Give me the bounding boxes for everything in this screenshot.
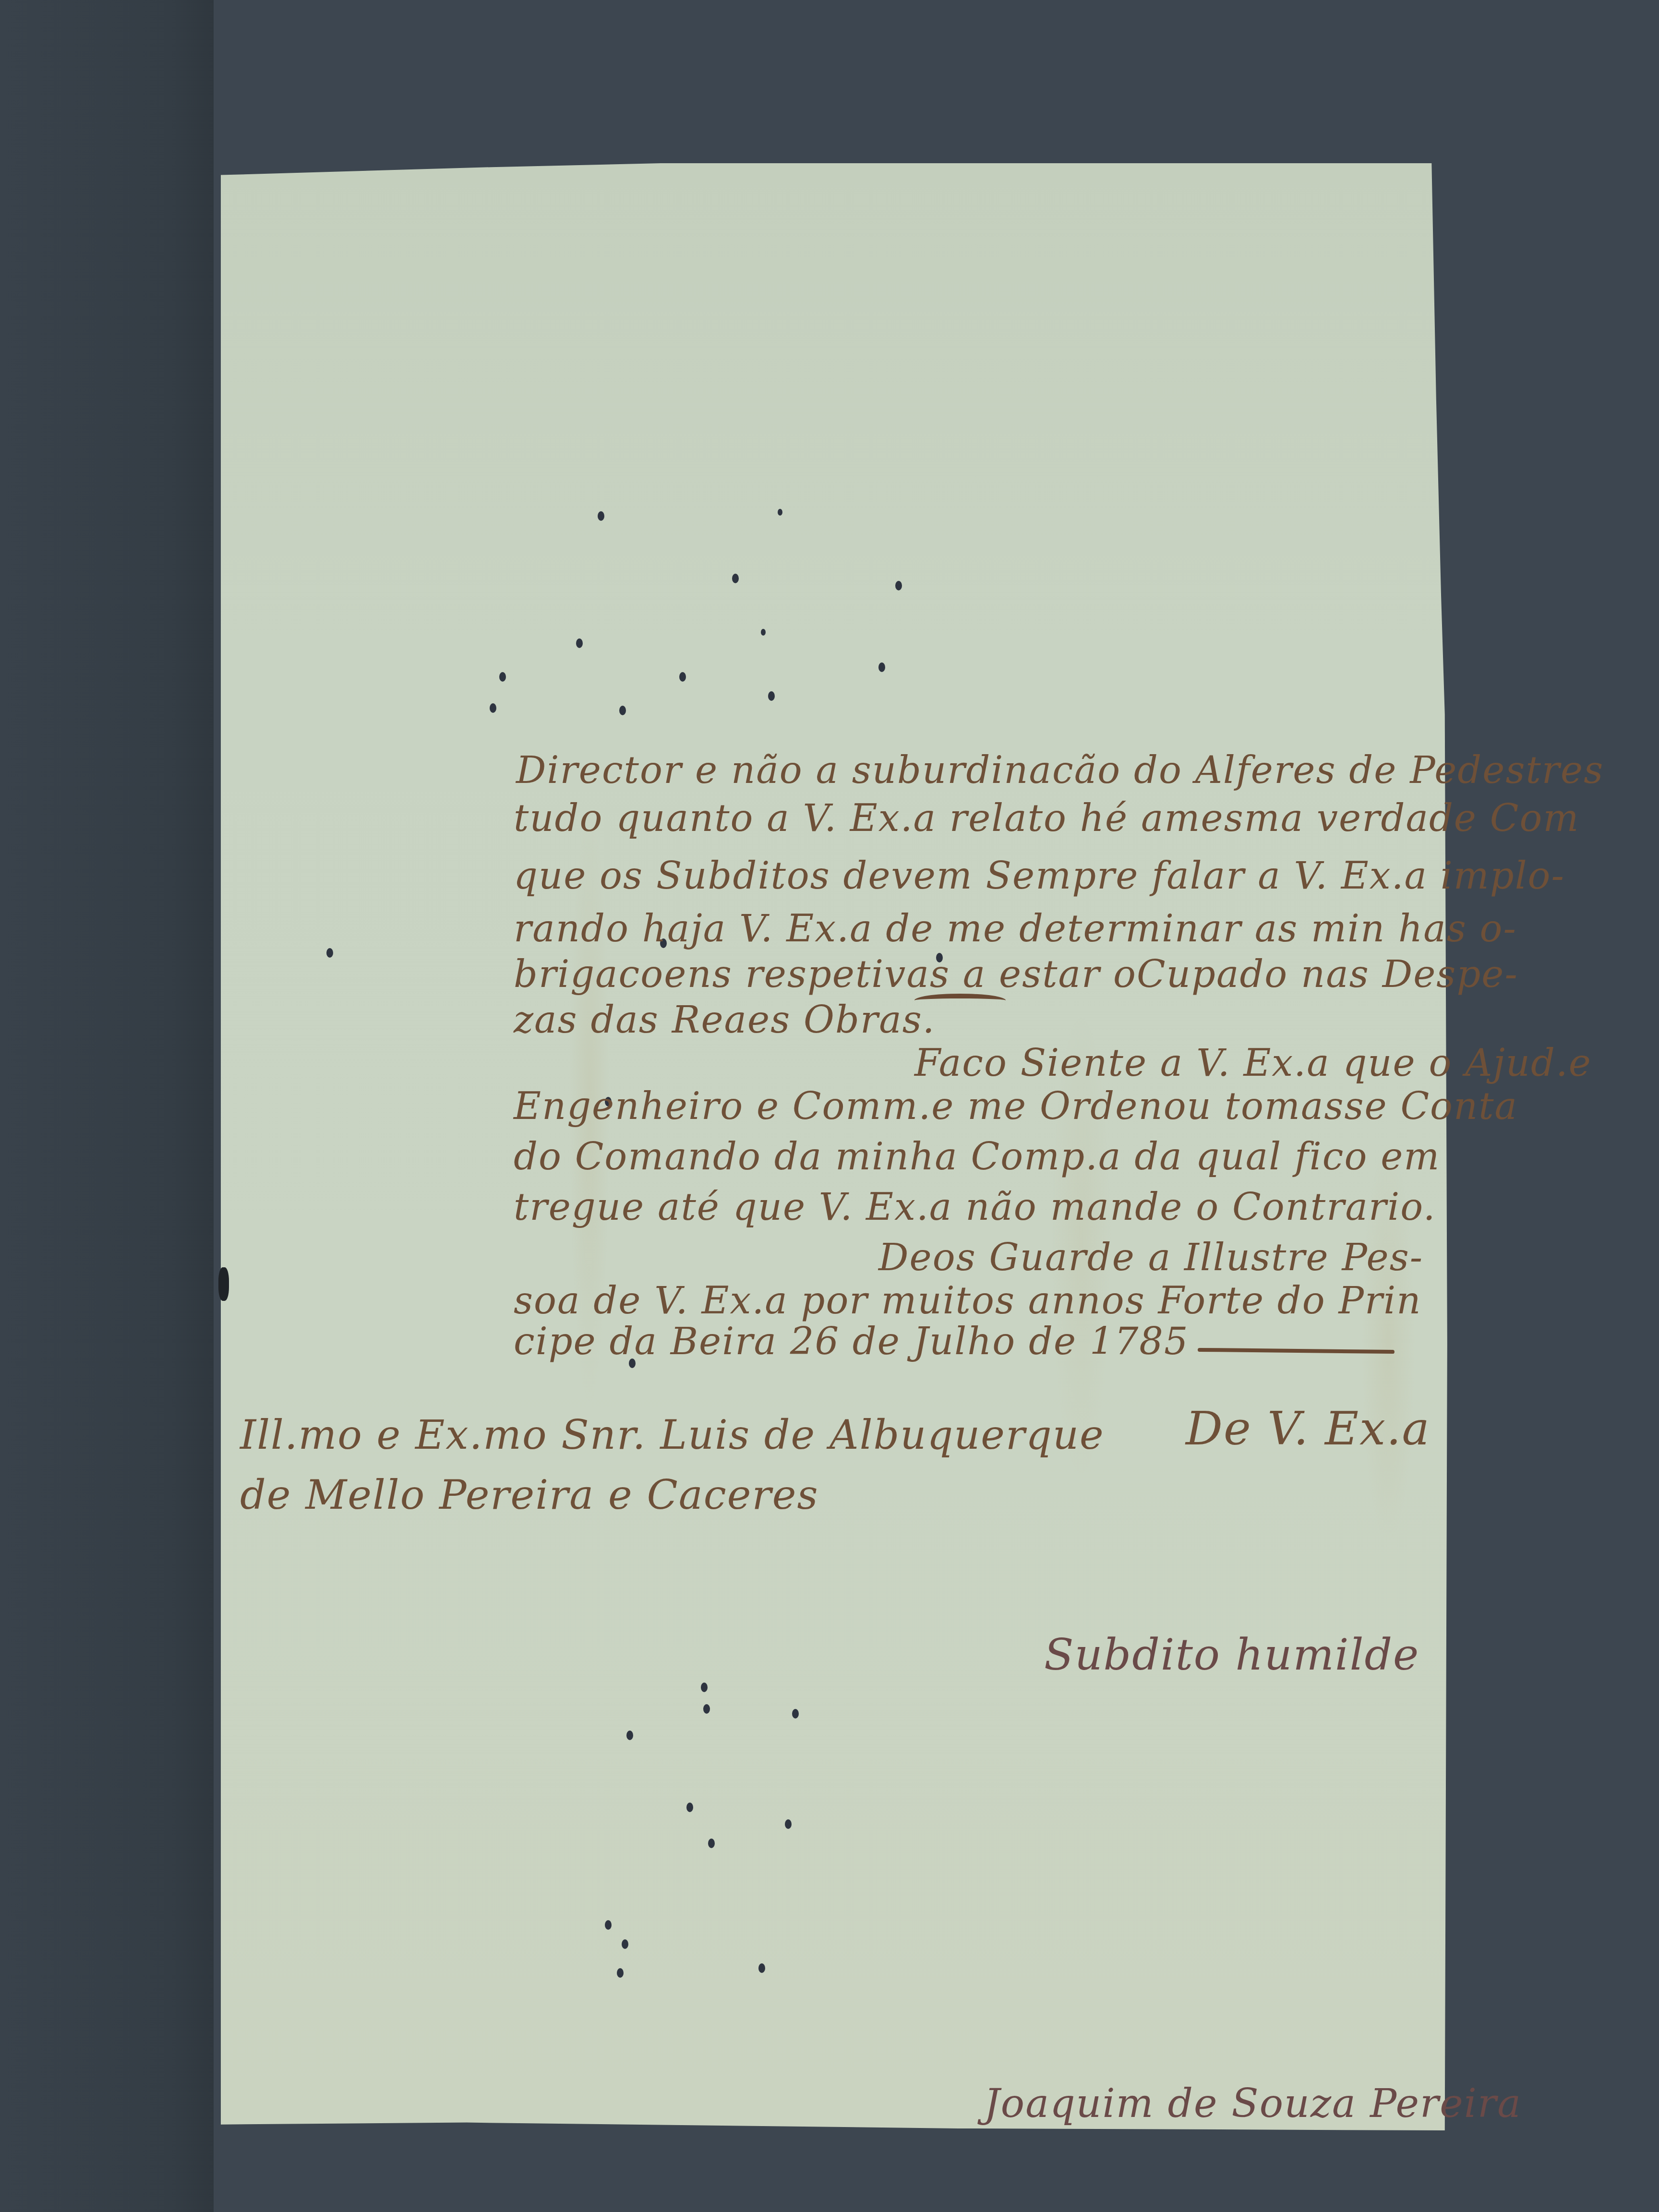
wormhole: [761, 629, 766, 636]
left-background-strip: [0, 0, 214, 2212]
wormhole: [778, 509, 782, 516]
subscription-subdito-humilde: Subdito humilde: [1044, 1630, 1419, 1680]
wormhole: [576, 638, 583, 648]
wormhole: [626, 1731, 633, 1740]
body-line-5: brigacoens respetivas a estar oCupado na…: [514, 953, 1518, 996]
flourish-stroke: [914, 994, 1006, 1007]
wormhole: [686, 1803, 693, 1812]
body-line-1: Director e não a suburdinacão do Alferes…: [516, 749, 1604, 792]
wormhole: [878, 662, 885, 672]
wormhole: [617, 1968, 624, 1978]
body-line-8: Engenheiro e Comm.e me Ordenou tomasse C…: [514, 1085, 1518, 1128]
wormhole: [758, 1963, 765, 1973]
body-line-13-dateline: cipe da Beira 26 de Julho de 1785: [514, 1320, 1189, 1363]
edge-damage-spot: [218, 1267, 229, 1301]
wormhole: [622, 1939, 628, 1949]
wormhole: [598, 511, 604, 521]
body-line-4: rando haja V. Ex.a de me determinar as m…: [514, 907, 1517, 950]
wormhole: [499, 672, 506, 682]
body-line-9: do Comando da minha Comp.a da qual fico …: [514, 1135, 1440, 1178]
wormhole: [605, 1920, 612, 1930]
closing-de-vossa-excelencia: De V. Ex.a: [1186, 1402, 1431, 1455]
body-line-3: que os Subditos devem Sempre falar a V. …: [514, 854, 1565, 898]
body-line-12: soa de V. Ex.a por muitos annos Forte do…: [514, 1279, 1422, 1322]
signature: Joaquim de Souza Pereira: [984, 2081, 1522, 2127]
wormhole: [326, 948, 333, 958]
body-line-2: tudo quanto a V. Ex.a relato hé amesma v…: [514, 797, 1579, 840]
wormhole: [785, 1819, 792, 1829]
wormhole: [895, 581, 902, 590]
body-line-11: Deos Guarde a Illustre Pes-: [878, 1236, 1423, 1279]
wormhole: [490, 703, 496, 713]
wormhole: [703, 1704, 710, 1714]
wormhole: [701, 1683, 708, 1692]
body-line-6: zas das Reaes Obras.: [514, 998, 936, 1042]
addressee-line-2: de Mello Pereira e Caceres: [240, 1471, 819, 1518]
body-line-10: tregue até que V. Ex.a não mande o Contr…: [514, 1186, 1436, 1229]
body-line-7: Faco Siente a V. Ex.a que o Ajud.e: [914, 1042, 1592, 1085]
wormhole: [619, 706, 626, 715]
wormhole: [708, 1839, 715, 1848]
wormhole: [732, 574, 739, 583]
wormhole: [768, 691, 775, 701]
wormhole: [792, 1709, 799, 1719]
wormhole: [679, 672, 686, 682]
addressee-line-1: Ill.mo e Ex.mo Snr. Luis de Albuquerque: [240, 1411, 1105, 1458]
